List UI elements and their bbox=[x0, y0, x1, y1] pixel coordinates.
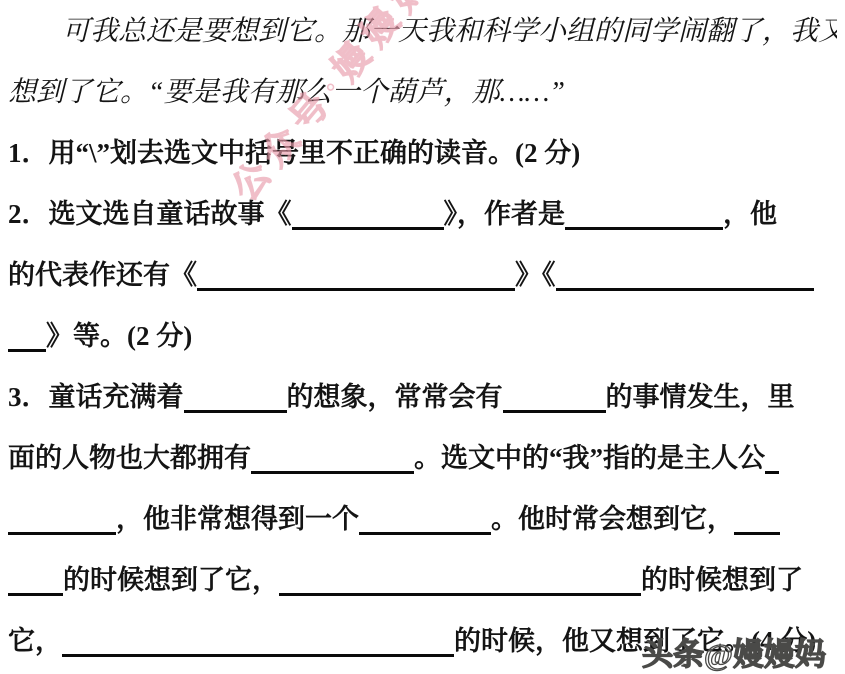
question-1-text: 1．用“\”划去选文中括号里不正确的读音。(2 分) bbox=[8, 138, 580, 168]
passage-line-2: 想到了它。“要是我有那么一个葫芦，那……” bbox=[8, 62, 837, 123]
answer-blank bbox=[765, 441, 779, 474]
question-2-text: 的代表作还有《 bbox=[8, 260, 197, 290]
question-3-line-5: 它，的时候，他又想到了它。(4 分) bbox=[8, 611, 837, 672]
question-3-text: 面的人物也大都拥有 bbox=[8, 443, 251, 473]
question-2-text: 》等。(2 分) bbox=[46, 321, 192, 351]
answer-blank bbox=[279, 563, 641, 596]
question-2-text: 2．选文选自童话故事《 bbox=[8, 199, 292, 229]
question-3-text: 它， bbox=[8, 626, 62, 656]
answer-blank bbox=[197, 258, 515, 291]
answer-blank bbox=[184, 380, 287, 413]
passage-text: 想到了它。“要是我有那么一个葫芦，那……” bbox=[8, 77, 565, 108]
question-3-line-1: 3．童话充满着的想象，常常会有的事情发生，里 bbox=[8, 367, 837, 428]
question-3-text: ，他非常想得到一个 bbox=[116, 504, 359, 534]
question-3-text: 3．童话充满着 bbox=[8, 382, 184, 412]
question-3-text: 的时候想到了它， bbox=[63, 565, 279, 595]
question-3-line-2: 面的人物也大都拥有。选文中的“我”指的是主人公 bbox=[8, 428, 837, 489]
answer-blank bbox=[503, 380, 606, 413]
answer-blank bbox=[8, 319, 46, 352]
question-2-line-1: 2．选文选自童话故事《》，作者是，他 bbox=[8, 184, 837, 245]
question-2-line-2: 的代表作还有《》《 bbox=[8, 245, 837, 306]
question-1: 1．用“\”划去选文中括号里不正确的读音。(2 分) bbox=[8, 123, 837, 184]
question-3-line-3: ，他非常想得到一个。他时常会想到它， bbox=[8, 489, 837, 550]
answer-blank bbox=[8, 563, 63, 596]
answer-blank bbox=[734, 502, 780, 535]
answer-blank bbox=[251, 441, 414, 474]
question-2-line-3: 》等。(2 分) bbox=[8, 306, 837, 367]
question-3-text: 。他时常会想到它， bbox=[491, 504, 734, 534]
question-2-text: 》《 bbox=[515, 260, 556, 290]
answer-blank bbox=[8, 502, 116, 535]
answer-blank bbox=[556, 258, 814, 291]
passage-line-1: 可我总还是要想到它。那一天我和科学小组的同学闹翻了，我又 bbox=[8, 1, 837, 62]
question-3-text: 的事情发生，里 bbox=[606, 382, 795, 412]
passage-text: 可我总还是要想到它。那一天我和科学小组的同学闹翻了，我又 bbox=[62, 16, 837, 47]
question-3-text: 的时候，他又想到了它。(4 分) bbox=[454, 626, 816, 656]
question-2-text: ，他 bbox=[723, 199, 777, 229]
question-3-text: 的时候想到了 bbox=[641, 565, 803, 595]
question-2-text: 》，作者是 bbox=[444, 199, 566, 229]
answer-blank bbox=[62, 624, 454, 657]
worksheet-page: 公众号·嫚嫚妈 可我总还是要想到它。那一天我和科学小组的同学闹翻了，我又 想到了… bbox=[0, 0, 845, 674]
question-3-line-4: 的时候想到了它，的时候想到了 bbox=[8, 550, 837, 611]
answer-blank bbox=[292, 197, 444, 230]
answer-blank bbox=[565, 197, 723, 230]
question-3-text: 的想象，常常会有 bbox=[287, 382, 503, 412]
question-3-text: 。选文中的“我”指的是主人公 bbox=[414, 443, 765, 473]
answer-blank bbox=[359, 502, 491, 535]
